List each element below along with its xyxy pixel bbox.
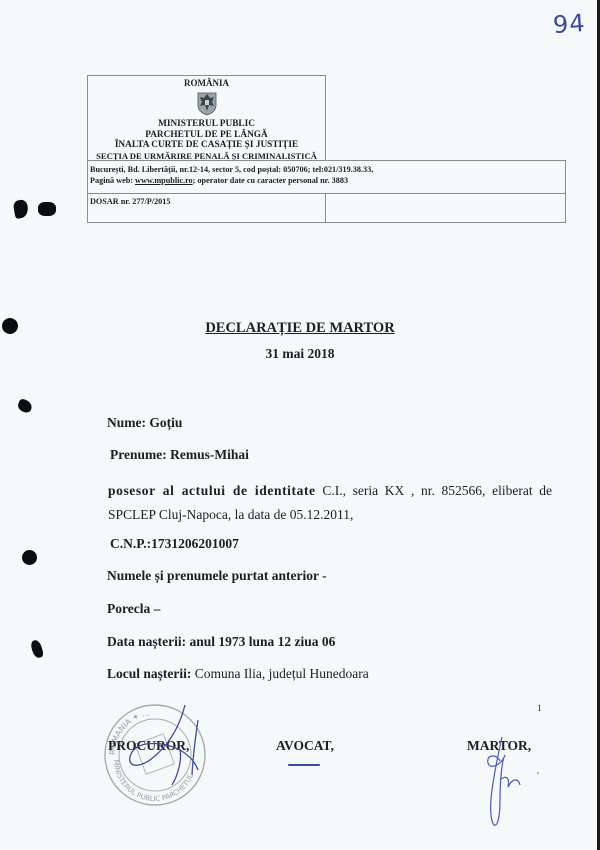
field-locul-nasterii: Locul nașterii: Comuna Ilia, județul Hun…	[107, 666, 369, 682]
page-number: 1	[537, 704, 542, 714]
punch-hole	[38, 202, 56, 216]
avocat-signature-mark	[288, 764, 320, 766]
document-title: DECLARAȚIE DE MARTOR	[0, 320, 600, 337]
avocat-label: AVOCAT,	[276, 738, 334, 754]
field-id-document: posesor al actului de identitate C.I., s…	[108, 479, 552, 527]
nume-value: Goțiu	[149, 415, 182, 430]
punch-hole	[22, 550, 37, 565]
romania-coat-of-arms-icon	[196, 90, 218, 116]
martor-signature-icon	[480, 735, 560, 835]
letterhead-table: ROMÂNIA MINISTERUL PUBLIC PARCHETUL DE P…	[87, 75, 566, 223]
website-link[interactable]: www.mpublic.ro	[135, 176, 193, 185]
id-label: posesor al actului de identitate	[108, 483, 316, 498]
dosar-cell: DOSAR nr. 277/P/2015	[87, 193, 326, 223]
field-porecla: Porecla –	[107, 601, 160, 617]
punch-hole	[30, 639, 44, 659]
field-prenume: Prenume: Remus-Mihai	[110, 447, 249, 463]
dosar-number: DOSAR nr. 277/P/2015	[88, 194, 325, 206]
institution-line: PARCHETUL DE PE LÂNGĂ	[88, 130, 325, 140]
web-line: Pagină web: www.mpublic.ro; operator dat…	[90, 175, 565, 186]
handwritten-page-number: 94	[552, 9, 586, 39]
country-name: ROMÂNIA	[88, 78, 325, 88]
field-nume: Nume: Goțiu	[107, 415, 182, 431]
procuror-signature-icon	[110, 700, 220, 790]
web-suffix: ; operator date cu caracter personal nr.…	[193, 176, 348, 185]
field-nume-anterior: Numele și prenumele purtat anterior -	[107, 568, 327, 584]
document-date: 31 mai 2018	[0, 346, 600, 362]
locul-nasterii-value: Comuna Ilia, județul Hunedoara	[195, 666, 369, 681]
institution-line: ÎNALTA CURTE DE CASAȚIE ȘI JUSTIȚIE	[88, 140, 325, 150]
punch-hole	[16, 398, 33, 414]
address-line: București, Bd. Libertății, nr.12-14, sec…	[90, 164, 565, 175]
data-nasterii-value: anul 1973 luna 12 ziua 06	[189, 634, 335, 649]
web-prefix: Pagină web:	[90, 176, 135, 185]
empty-cell	[325, 193, 566, 223]
punch-hole	[13, 199, 30, 219]
letterhead-address-cell: București, Bd. Libertății, nr.12-14, sec…	[87, 160, 566, 194]
field-cnp: C.N.P.:1731206201007	[110, 536, 239, 552]
institution-line: MINISTERUL PUBLIC	[88, 119, 325, 129]
field-data-nasterii: Data nașterii: anul 1973 luna 12 ziua 06	[107, 634, 335, 650]
letterhead-institution-cell: ROMÂNIA MINISTERUL PUBLIC PARCHETUL DE P…	[87, 75, 326, 161]
prenume-value: Remus-Mihai	[170, 447, 249, 462]
